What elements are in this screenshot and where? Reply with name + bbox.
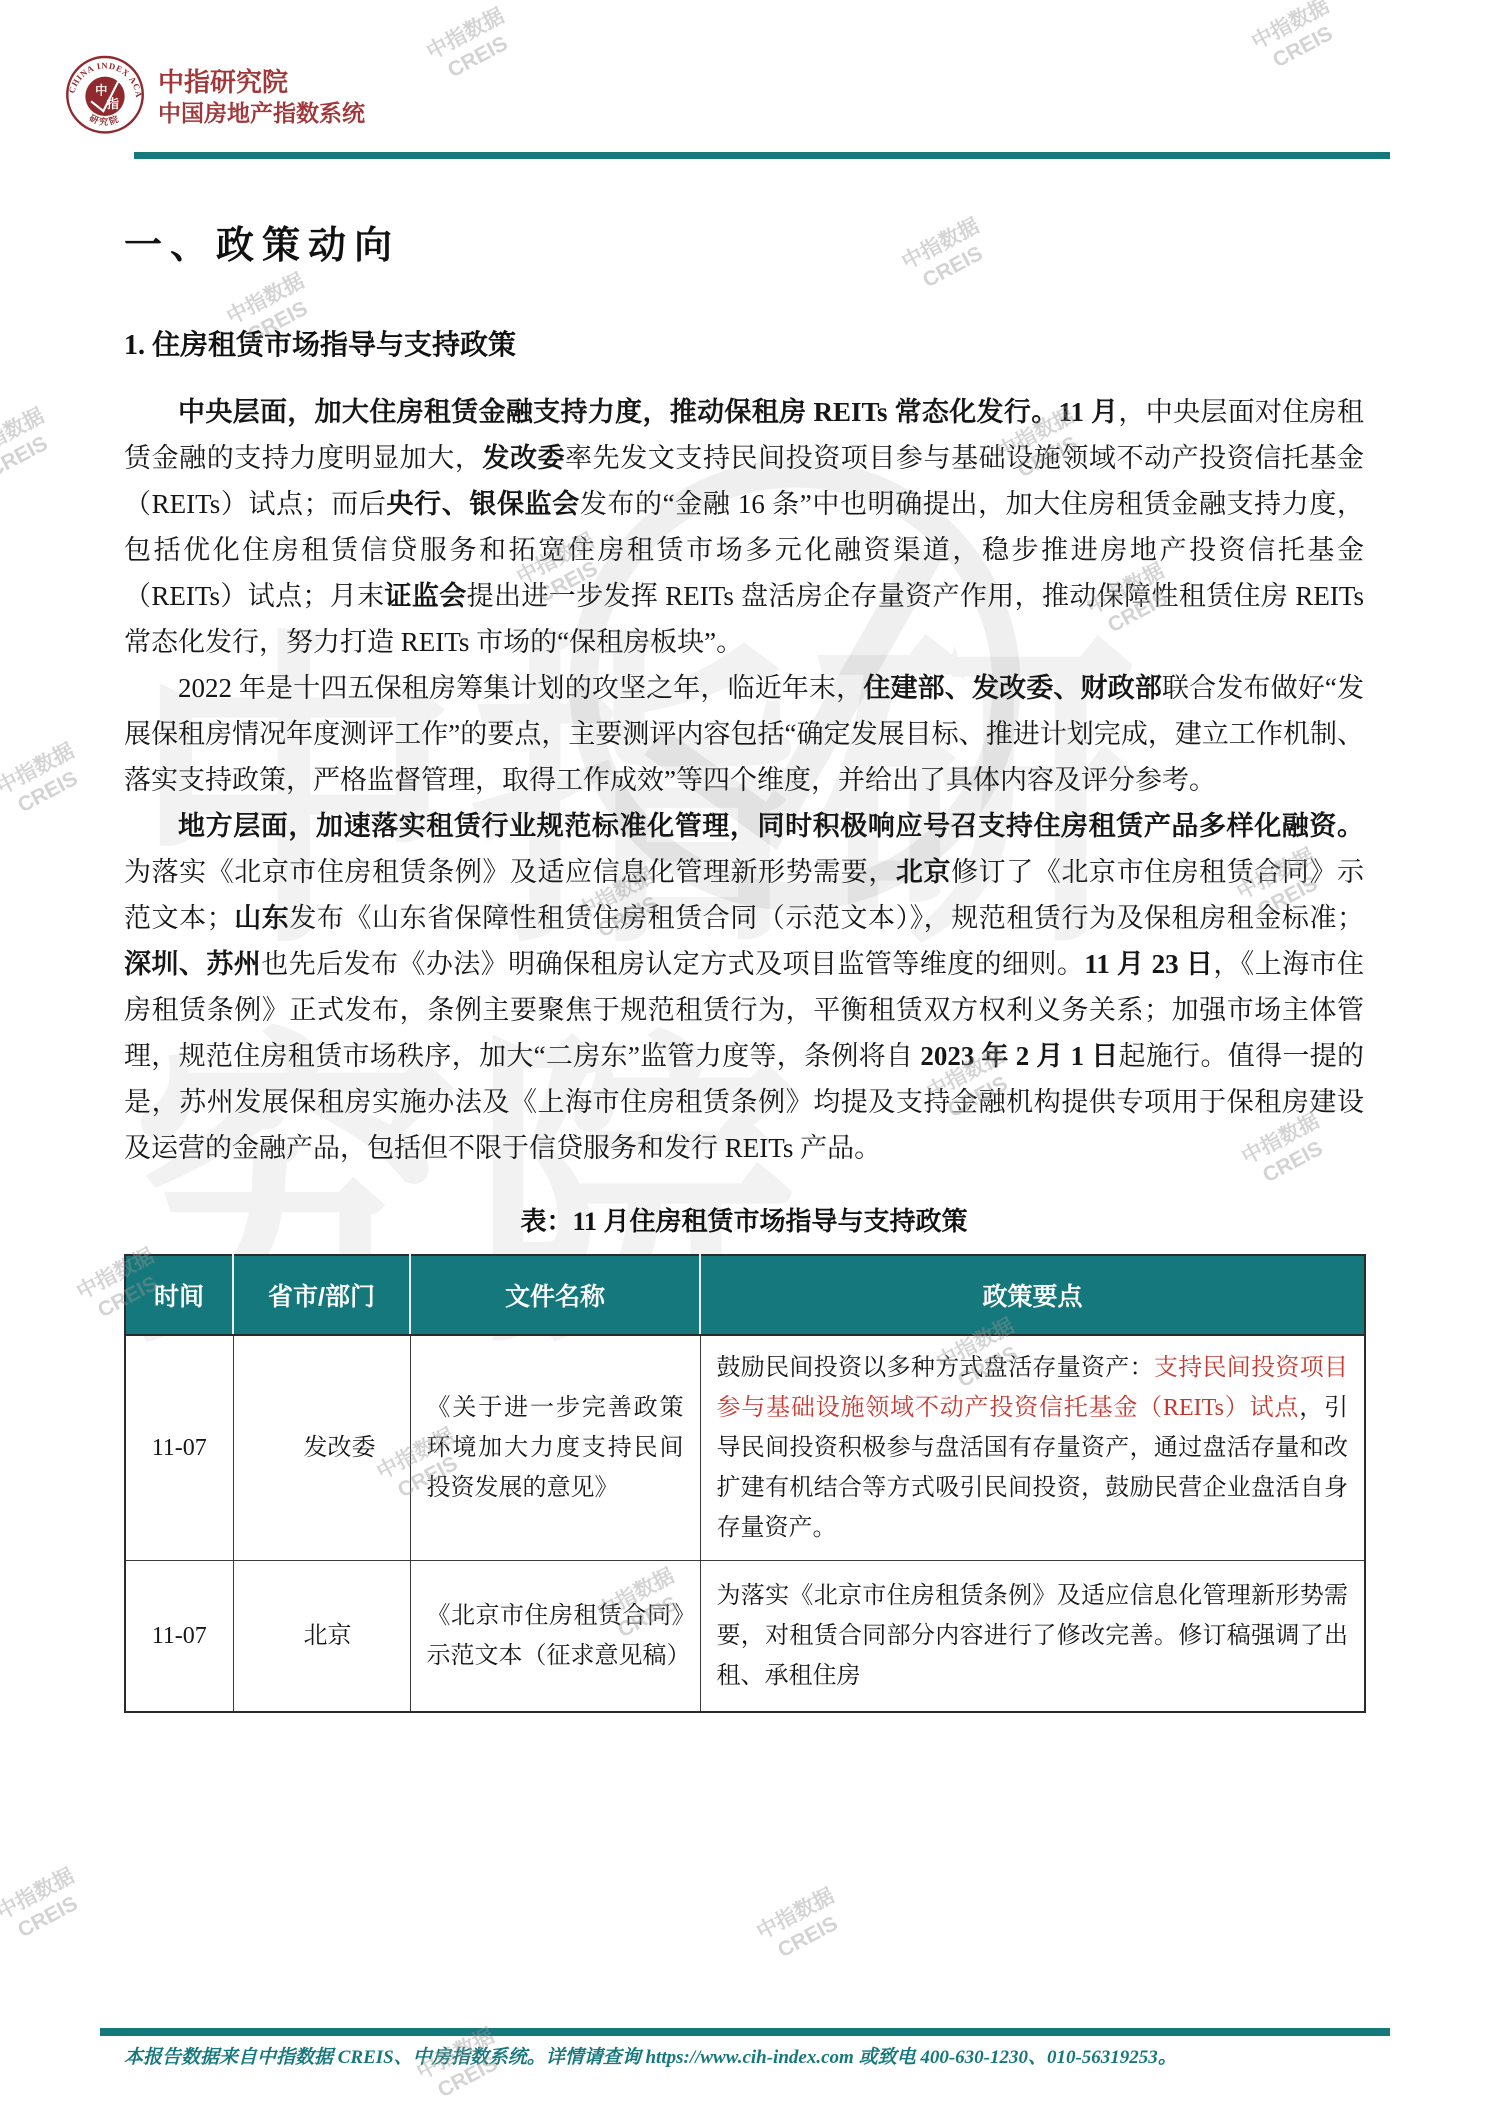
table-caption: 表：11 月住房租赁市场指导与支持政策 — [124, 1201, 1364, 1238]
footer-phones: 400-630-1230、010-56319253 — [920, 2047, 1157, 2068]
cell-department: 发改委 — [233, 1335, 410, 1561]
footer-end: 。 — [1158, 2047, 1177, 2068]
col-header-time: 时间 — [125, 1255, 233, 1335]
paragraph-2022-plan: 2022 年是十四五保租房筹集计划的攻坚之年，临近年末，住建部、发改委、财政部联… — [124, 665, 1364, 803]
report-header: CHINA INDEX ACADEMY 中 指 研 究 院 中指研究院 中国房地… — [0, 0, 1488, 144]
footer-middle: 或致电 — [854, 2047, 921, 2068]
creis-watermark: 中指数据 CREIS — [0, 403, 61, 489]
cell-document-name: 《关于进一步完善政策环境加大力度支持民间投资发展的意见》 — [410, 1335, 700, 1561]
cell-time: 11-07 — [125, 1561, 233, 1713]
policy-table: 时间 省市/部门 文件名称 政策要点 11-07 发改委 《关于进一步完善政策环… — [124, 1254, 1366, 1713]
china-index-academy-logo-icon: CHINA INDEX ACADEMY 中 指 研 究 院 — [64, 52, 146, 144]
org-name: 中指研究院 — [158, 66, 365, 98]
footer-note: 本报告数据来自中指数据 CREIS、中房指数系统。详情请查询 https://w… — [124, 2042, 1364, 2069]
col-header-document: 文件名称 — [410, 1255, 700, 1335]
paragraph-central-level: 中央层面，加大住房租赁金融支持力度，推动保租房 REITs 常态化发行。11 月… — [124, 389, 1364, 665]
paragraph-local-level: 地方层面，加速落实租赁行业规范标准化管理，同时积极响应号召支持住房租赁产品多样化… — [124, 803, 1364, 1171]
header-divider — [134, 152, 1390, 159]
section-title: 1. 住房租赁市场指导与支持政策 — [124, 323, 1364, 363]
table-row: 11-07 北京 《北京市住房租赁合同》示范文本（征求意见稿） 为落实《北京市住… — [125, 1561, 1365, 1713]
col-header-points: 政策要点 — [700, 1255, 1365, 1335]
creis-watermark: 中指数据 CREIS — [753, 1883, 852, 1969]
col-header-region: 省市/部门 — [233, 1255, 410, 1335]
report-page: { "header": { "org": "中指研究院", "system": … — [0, 0, 1488, 2104]
cell-time: 11-07 — [125, 1335, 233, 1561]
svg-text:中: 中 — [95, 83, 107, 98]
creis-watermark: 中指数据 CREIS — [0, 1863, 91, 1949]
header-titles: 中指研究院 中国房地产指数系统 — [158, 66, 365, 128]
footer-url: https://www.cih-index.com — [645, 2047, 853, 2068]
cell-department: 北京 — [233, 1561, 410, 1713]
page-title: 一、政策动向 — [124, 214, 1364, 269]
table-row: 11-07 发改委 《关于进一步完善政策环境加大力度支持民间投资发展的意见》 鼓… — [125, 1335, 1365, 1561]
footer-lead: 本报告数据来自中指数据 CREIS、中房指数系统。详情请查询 — [124, 2047, 645, 2068]
cell-policy-points: 鼓励民间投资以多种方式盘活存量资产：支持民间投资项目参与基础设施领域不动产投资信… — [700, 1335, 1365, 1561]
footer-divider — [100, 2028, 1390, 2036]
system-name: 中国房地产指数系统 — [158, 98, 365, 128]
cell-policy-points: 为落实《北京市住房租赁条例》及适应信息化管理新形势需要，对租赁合同部分内容进行了… — [700, 1561, 1365, 1713]
page-content: 一、政策动向 1. 住房租赁市场指导与支持政策 中央层面，加大住房租赁金融支持力… — [124, 214, 1364, 1713]
creis-watermark: 中指数据 CREIS — [0, 738, 91, 824]
cell-document-name: 《北京市住房租赁合同》示范文本（征求意见稿） — [410, 1561, 700, 1713]
table-header-row: 时间 省市/部门 文件名称 政策要点 — [125, 1255, 1365, 1335]
